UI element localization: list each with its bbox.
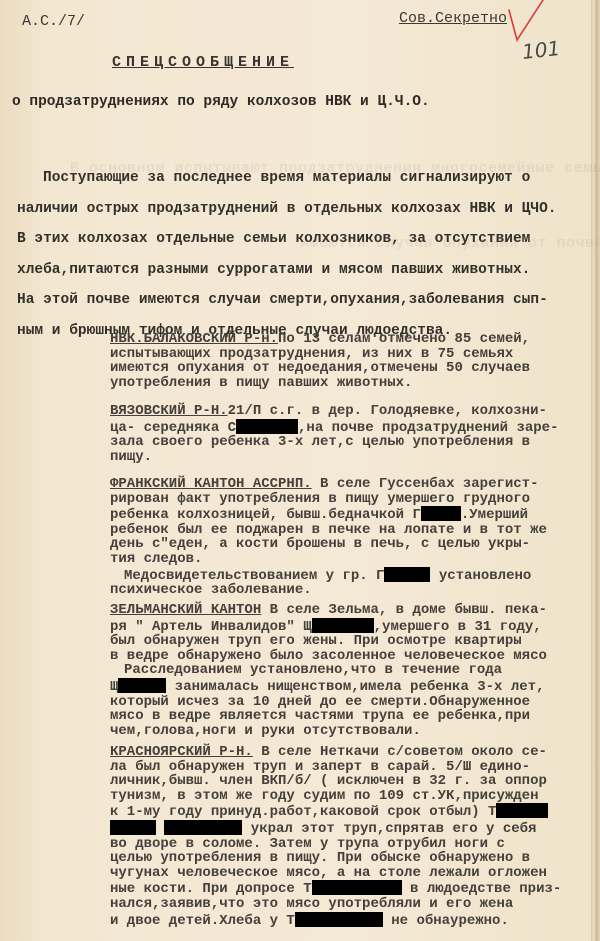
intro-line: На этой почве имеются случаи смерти,опух… xyxy=(17,285,582,316)
section-line: НВК.БАЛАКОВСКИЙ Р-н.По 13 селам отмечено… xyxy=(110,332,590,347)
section-header: КРАСНОЯРСКИЙ Р-Н. xyxy=(110,744,253,760)
section-line: чем,голова,ноги и руки отсутствовали. xyxy=(110,724,590,739)
section-line: ребенок был ее поджарен в печке на лопат… xyxy=(110,523,590,538)
section-krasnoyarsky: КРАСНОЯРСКИЙ Р-Н. В селе Неткачи с/совет… xyxy=(110,745,590,928)
intro-paragraph: Поступающие за последнее время материалы… xyxy=(17,163,582,346)
section-line: во дворе в соломе. Затем у трупа отрубил… xyxy=(110,837,590,852)
handwritten-page-number: 101 xyxy=(521,36,561,64)
intro-line: Поступающие за последнее время материалы… xyxy=(17,163,582,194)
section-vyazovsky: ВЯЗОВСКИЙ Р-Н.21/П с.г. в дер. Голодяевк… xyxy=(110,404,590,464)
section-line: ные кости. При допросе Т в людоедстве пр… xyxy=(110,880,590,897)
section-line: и двое детей.Хлеба у Т не обнаурежно. xyxy=(110,912,590,929)
section-franksky: ФРАНКСКИЙ КАНТОН АССРНП. В селе Гуссенба… xyxy=(110,477,590,598)
section-line: Расследованием установлено,что в течение… xyxy=(110,663,590,678)
classification-stamp: Сов.Секретно xyxy=(399,10,507,27)
section-line: Медосвидетельствованием у гр. Г установл… xyxy=(110,567,590,584)
section-line: психическое заболевание. xyxy=(110,583,590,598)
intro-line: хлеба,питаются разными суррогатами и мяс… xyxy=(17,255,582,286)
section-line: зала своего ребенка 3-х лет,с целью упот… xyxy=(110,435,590,450)
section-header: ЗЕЛЬМАНСКИЙ КАНТОН xyxy=(110,602,261,618)
section-line: который исчез за 10 дней до ее смерти.Об… xyxy=(110,695,590,710)
intro-line: наличии острых продзатруднений в отдельн… xyxy=(17,194,582,225)
redaction-bar xyxy=(312,618,374,633)
intro-line: В этих колхозах отдельные семьи колхозни… xyxy=(17,224,582,255)
section-zelmansky: ЗЕЛЬМАНСКИЙ КАНТОН В селе Зельма, в доме… xyxy=(110,603,590,738)
section-line: ребенка колхозницей, бывш.бедначкой Г.Ум… xyxy=(110,506,590,523)
section-line: нался,заявив,что это мясо употребляли и … xyxy=(110,897,590,912)
section-line: употребления в пищу павших животных. xyxy=(110,376,590,391)
redaction-bar xyxy=(496,803,548,818)
section-line: ЗЕЛЬМАНСКИЙ КАНТОН В селе Зельма, в доме… xyxy=(110,603,590,618)
section-line: ла был обнаружен труп и заперт в сарай. … xyxy=(110,760,590,775)
section-line: день с"еден, а кости брошены в печь, с ц… xyxy=(110,537,590,552)
section-line: рирован факт употребления в пищу умершег… xyxy=(110,492,590,507)
redaction-bar xyxy=(110,820,156,835)
redaction-bar xyxy=(312,880,402,895)
section-line: мясо в ведре является частями трупа ее р… xyxy=(110,709,590,724)
redaction-bar xyxy=(295,912,383,927)
section-header: НВК.БАЛАКОВСКИЙ Р-н. xyxy=(110,331,278,347)
section-line: тунизм, в этом же году судим по 109 ст.У… xyxy=(110,789,590,804)
section-line: в ведре обнаружено было засоленное челов… xyxy=(110,649,590,664)
section-line: ВЯЗОВСКИЙ Р-Н.21/П с.г. в дер. Голодяевк… xyxy=(110,404,590,419)
section-line: ца- середняка С,на почве продзатруднений… xyxy=(110,419,590,436)
section-line: тия следов. xyxy=(110,552,590,567)
section-line: Щ занималась нищенством,имела ребенка 3-… xyxy=(110,678,590,695)
section-line: был обнаружен труп его жены. При осмотре… xyxy=(110,634,590,649)
section-line: к 1-му году принуд.работ,каковой срок от… xyxy=(110,803,590,820)
section-line: личник,бывш. член ВКП/б/ ( исключен в 32… xyxy=(110,774,590,789)
section-line: чугунах человеческое мясо, а на столе ле… xyxy=(110,866,590,881)
redaction-bar xyxy=(421,506,461,521)
section-line: пищу. xyxy=(110,450,590,465)
section-line: КРАСНОЯРСКИЙ Р-Н. В селе Неткачи с/совет… xyxy=(110,745,590,760)
document-reference: А.С./7/ xyxy=(22,13,85,30)
section-line: украл этот труп,спрятав его у себя xyxy=(110,820,590,837)
section-header: ВЯЗОВСКИЙ Р-Н. xyxy=(110,403,228,419)
section-line: ря " Артель Инвалидов" Щ,умершего в 31 г… xyxy=(110,618,590,635)
section-header: ФРАНКСКИЙ КАНТОН АССРНП. xyxy=(110,476,312,492)
redaction-bar xyxy=(118,678,166,693)
section-line: имеются опухания от недоедания,отмечены … xyxy=(110,361,590,376)
section-line: ФРАНКСКИЙ КАНТОН АССРНП. В селе Гуссенба… xyxy=(110,477,590,492)
document-title: СПЕЦСООБЩЕНИЕ xyxy=(112,54,294,71)
page-edge-binding xyxy=(591,0,600,941)
section-line: испытывающих продзатруднения, из них в 7… xyxy=(110,347,590,362)
redaction-bar xyxy=(384,567,430,582)
section-balakovsky: НВК.БАЛАКОВСКИЙ Р-н.По 13 селам отмечено… xyxy=(110,332,590,390)
redaction-bar xyxy=(236,419,298,434)
document-subtitle: о продзатруднениях по ряду колхозов НВК … xyxy=(12,94,430,110)
section-line: целью употребления в пищу. При обыске об… xyxy=(110,851,590,866)
redaction-bar xyxy=(164,820,242,835)
